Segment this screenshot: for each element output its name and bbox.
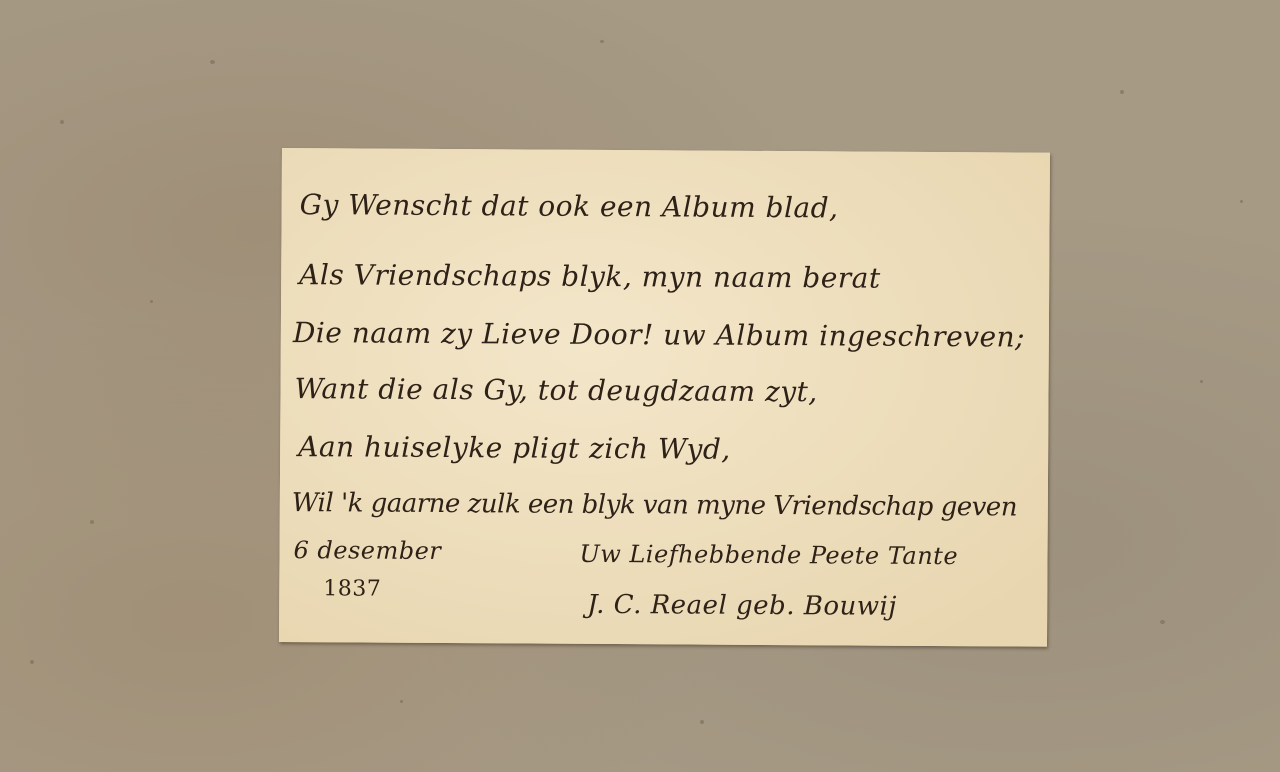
foxing-spot bbox=[600, 40, 604, 43]
signature: J. C. Reael geb. Bouwij bbox=[587, 590, 897, 622]
date-year: 1837 bbox=[323, 576, 381, 601]
album-leaf-card: Gy Wenscht dat ook een Album blad, Als V… bbox=[279, 148, 1050, 647]
foxing-spot bbox=[400, 700, 403, 703]
foxing-spot bbox=[1120, 90, 1124, 94]
foxing-spot bbox=[150, 300, 153, 303]
foxing-spot bbox=[210, 60, 215, 64]
foxing-spot bbox=[30, 660, 34, 664]
poem-line-5: Aan huiselyke pligt zich Wyd, bbox=[298, 430, 731, 466]
foxing-spot bbox=[90, 520, 94, 524]
foxing-spot bbox=[60, 120, 64, 124]
foxing-spot bbox=[1200, 380, 1203, 383]
poem-line-1: Gy Wenscht dat ook een Album blad, bbox=[300, 188, 839, 224]
foxing-spot bbox=[1160, 620, 1165, 624]
poem-line-3: Die naam zy Lieve Door! uw Album ingesch… bbox=[293, 316, 1025, 353]
closing-phrase: Uw Liefhebbende Peete Tante bbox=[579, 540, 958, 570]
foxing-spot bbox=[700, 720, 704, 724]
poem-line-2: Als Vriendschaps blyk, myn naam berat bbox=[299, 258, 881, 295]
poem-line-6: Wil 'k gaarne zulk een blyk van myne Vri… bbox=[292, 488, 1017, 522]
date-day-month: 6 desember bbox=[293, 536, 441, 565]
foxing-spot bbox=[1240, 200, 1243, 203]
poem-line-4: Want die als Gy, tot deugdzaam zyt, bbox=[294, 372, 817, 408]
